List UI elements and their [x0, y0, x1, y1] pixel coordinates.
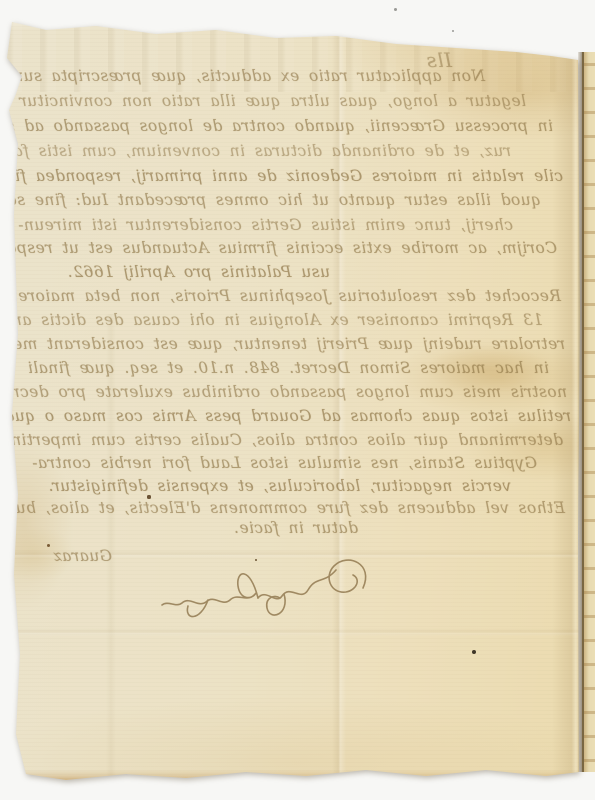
ink-blot	[147, 495, 150, 498]
manuscript-line: datur in facie.	[234, 519, 358, 537]
ink-blot	[8, 95, 12, 99]
manuscript-line: in hac maiores Simon Decret. 848. n.10. …	[28, 359, 549, 377]
manuscript-line: quod illas estur quanto ut hic omnes præ…	[2, 191, 542, 209]
manuscript-line: nostris meis cum longos passando ordinib…	[0, 383, 567, 401]
bottom-deckle-edge	[6, 770, 580, 782]
manuscript-line: usu Palatinis pro Aprilij 1662.	[67, 263, 330, 281]
scanner-dust-speck	[452, 30, 454, 32]
paper-shadow-wrap: IlsNon applicatur ratio ex adductis, quæ…	[0, 0, 595, 800]
manuscript-sheet: IlsNon applicatur ratio ex adductis, quæ…	[6, 14, 580, 786]
signature-flourish	[138, 548, 378, 633]
manuscript-line: Corijm, ac moribe extis eccinis firmius …	[0, 239, 557, 257]
manuscript-line: legatur a longo, quas ultra quæ illa rat…	[0, 92, 526, 110]
manuscript-line: 13 Reprimi canoniser ex Alongius in ohi …	[0, 311, 543, 329]
manuscript-line: Gyptius Stanis, nes simulus istos Laud f…	[32, 454, 537, 472]
manuscript-line: vercis negacitur, laboriculus, et expens…	[48, 477, 511, 495]
manuscript-line: retrolare rudeinj quæ Prierij tenentur, …	[0, 335, 565, 353]
manuscript-line: Guaraz	[53, 547, 112, 565]
manuscript-line: Non applicatur ratio ex adductis, quæ pr…	[0, 67, 485, 85]
scanner-background: IlsNon applicatur ratio ex adductis, quæ…	[0, 0, 595, 800]
bleed-through-text-block: IlsNon applicatur ratio ex adductis, quæ…	[26, 14, 571, 774]
manuscript-line: retilus istos quas chomas ad Gouard pess…	[0, 407, 571, 425]
scanner-dust-speck	[394, 8, 397, 11]
ink-blot	[47, 544, 50, 547]
manuscript-line: cile relatis in maiores Gedeoniz de anni…	[0, 167, 563, 185]
manuscript-line: Recochet dez resolutorius Josephinus Pri…	[3, 287, 561, 305]
second-leaf-edge	[582, 52, 595, 772]
manuscript-line: in processu Græcenii, quando contra de l…	[0, 117, 553, 135]
manuscript-line: determinand quir alios contra alios, Cua…	[0, 431, 563, 449]
manuscript-line: ruz, et de ordinanda dicturas in conveni…	[7, 142, 511, 160]
manuscript-line: Ethos vel adducens dez fure commonens d'…	[9, 499, 565, 517]
manuscript-line: cherij, tunc enim istius Gertis consider…	[18, 216, 513, 234]
